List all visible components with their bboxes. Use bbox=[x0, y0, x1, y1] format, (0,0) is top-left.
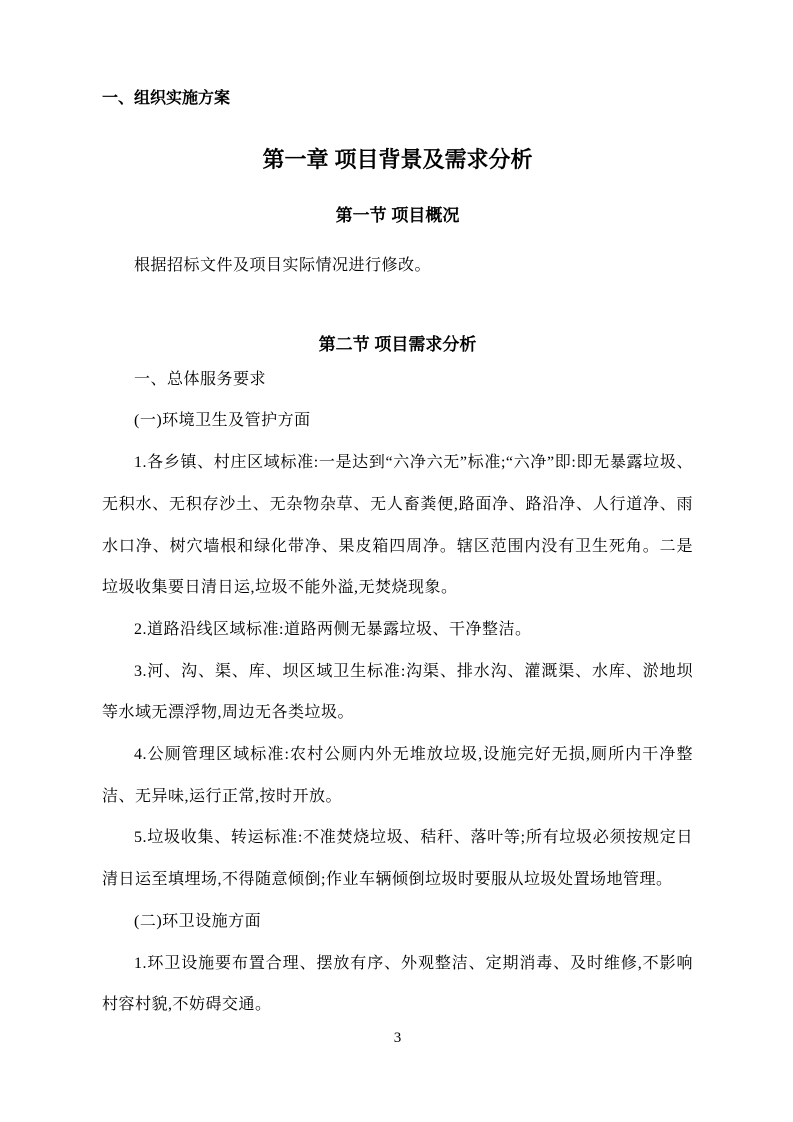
section-title-1: 第一节 项目概况 bbox=[102, 204, 693, 228]
top-heading: 一、组织实施方案 bbox=[102, 88, 693, 110]
sub-heading-environment-sanitation: (一)环境卫生及管护方面 bbox=[102, 400, 693, 442]
paragraph-standard-3: 3.河、沟、渠、库、坝区域卫生标准:沟渠、排水沟、灌溉渠、水库、淤地坝等水域无漂… bbox=[102, 651, 693, 734]
section1-paragraph: 根据招标文件及项目实际情况进行修改。 bbox=[102, 245, 693, 287]
paragraph-standard-2: 2.道路沿线区域标准:道路两侧无暴露垃圾、干净整洁。 bbox=[102, 609, 693, 651]
paragraph-standard-5: 5.垃圾收集、转运标准:不准焚烧垃圾、秸秆、落叶等;所有垃圾必须按规定日清日运至… bbox=[102, 817, 693, 900]
document-page: 一、组织实施方案 第一章 项目背景及需求分析 第一节 项目概况 根据招标文件及项… bbox=[0, 0, 793, 1122]
page-number: 3 bbox=[102, 1031, 693, 1046]
sub-heading-sanitation-facilities: (二)环卫设施方面 bbox=[102, 901, 693, 943]
paragraph-standard-1: 1.各乡镇、村庄区域标准:一是达到“六净六无”标准;“六净”即:即无暴露垃圾、无… bbox=[102, 442, 693, 609]
chapter-title: 第一章 项目背景及需求分析 bbox=[102, 146, 693, 174]
paragraph-standard-4: 4.公厕管理区域标准:农村公厕内外无堆放垃圾,设施完好无损,厕所内干净整洁、无异… bbox=[102, 734, 693, 817]
list-heading-overall-requirements: 一、总体服务要求 bbox=[102, 359, 693, 401]
section-title-2: 第二节 项目需求分析 bbox=[102, 333, 693, 357]
paragraph-facilities-1: 1.环卫设施要布置合理、摆放有序、外观整洁、定期消毒、及时维修,不影响村容村貌,… bbox=[102, 943, 693, 1026]
